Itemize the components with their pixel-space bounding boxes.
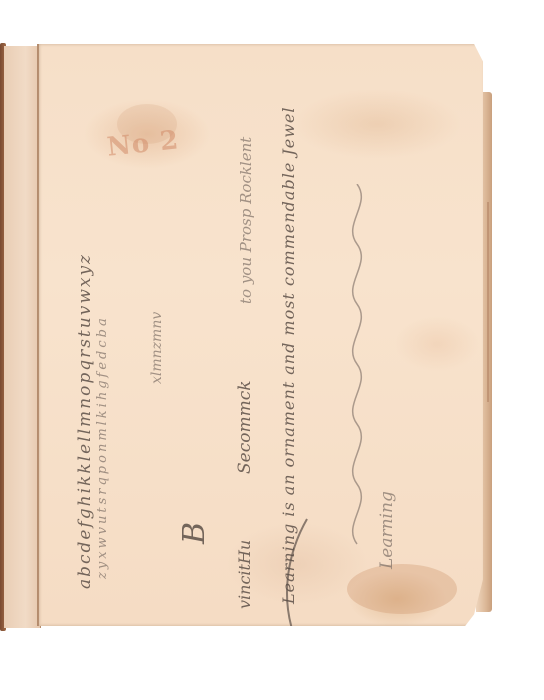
gutter-line [37, 44, 39, 626]
flourish-decoration [342, 184, 372, 584]
line-secomme: Secommck [235, 380, 255, 474]
learning-word: Learning [377, 491, 397, 569]
book-photo: No 2 abcdefghikklellmnopqrstuvwxyz zyxwv… [0, 0, 544, 700]
capital-b: B [177, 522, 212, 544]
line-vincit: vincitHu [235, 540, 254, 609]
left-endpaper [4, 46, 41, 628]
line-commend: to you Prosp Rocklent [237, 137, 255, 304]
manuscript-page: No 2 abcdefghikklellmnopqrstuvwxyz zyxwv… [37, 44, 483, 626]
short-line: xlmnzmnv [149, 312, 165, 384]
alphabet-line-2: zyxwvutsrqponmlkihgfedcba [95, 315, 110, 579]
pen-stroke-flourish [277, 514, 317, 634]
alphabet-line-1: abcdefghikklellmnopqrstuvwxyz [75, 253, 95, 589]
ownership-stamp: No 2 [106, 125, 181, 162]
